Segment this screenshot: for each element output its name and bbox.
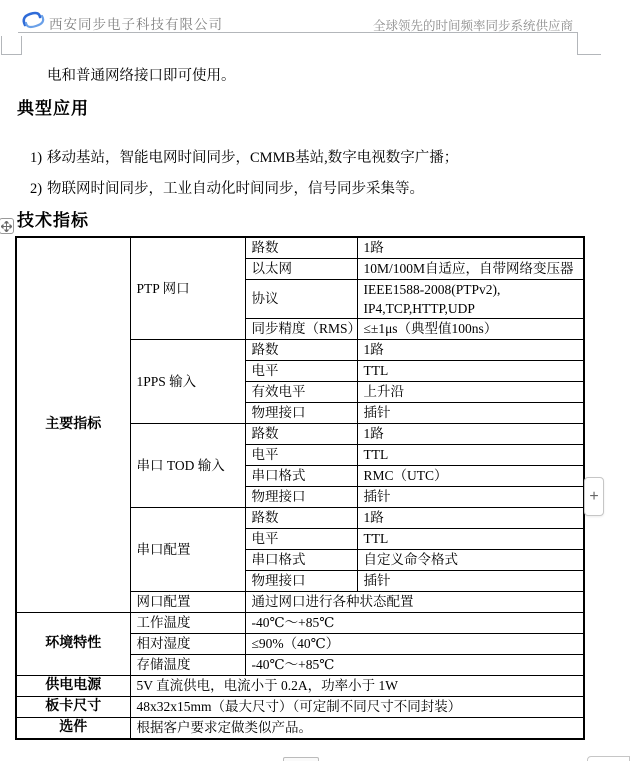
spec-name-cell: 物理接口: [245, 571, 357, 592]
list-item: 2)物联网时间同步，工业自动化时间同步，信号同步采集等。: [30, 177, 424, 198]
group-label: 串口 TOD 输入: [130, 424, 245, 508]
spec-name-cell: 电平: [245, 529, 357, 550]
spec-table: 主要指标PTP 网口路数1路以太网10M/100M自适应，自带网络变压器协议IE…: [15, 236, 585, 740]
spec-value-cell: 通过网口进行各种状态配置: [245, 592, 584, 613]
spec-name-cell: 串口格式: [245, 466, 357, 487]
group-label: 网口配置: [130, 592, 245, 613]
spec-value-cell: TTL: [357, 529, 584, 550]
page-frame-line: [577, 32, 578, 55]
list-text: 物联网时间同步，工业自动化时间同步，信号同步采集等。: [47, 181, 424, 197]
env-label: 环境特性: [16, 613, 130, 676]
spec-name-cell: 电平: [245, 361, 357, 382]
main-indicator-label: 主要指标: [16, 237, 130, 613]
spec-value-line: IEEE1588-2008(PTPv2),: [364, 280, 578, 299]
spec-name-cell: 工作温度: [130, 613, 245, 634]
row-label: 供电电源: [16, 676, 130, 697]
spec-value-cell: 1路: [357, 340, 584, 361]
bottom-right-button-cutoff[interactable]: [587, 756, 630, 761]
spec-value-cell: ≤±1μs（典型值100ns）: [357, 319, 584, 340]
spec-value-cell: 自定义命令格式: [357, 550, 584, 571]
list-number: 1): [30, 150, 47, 167]
list-text: 移动基站，智能电网时间同步，CMMB基站,数字电视数字广播；: [47, 150, 458, 166]
spec-value-cell: RMC（UTC）: [357, 466, 584, 487]
bottom-toolbar-cutoff[interactable]: [283, 757, 319, 761]
list-number: 2): [30, 181, 47, 198]
spec-value-cell: -40℃～+85℃: [245, 655, 584, 676]
spec-value-cell: 48x32x15mm（最大尺寸）（可定制不同尺寸不同封装）: [130, 697, 584, 718]
intro-paragraph: 电和普通网络接口即可使用。: [47, 64, 236, 85]
spec-value-cell: 5V 直流供电，电流小于 0.2A，功率小于 1W: [130, 676, 584, 697]
spec-value-cell: ≤90%（40℃）: [245, 634, 584, 655]
spec-value-cell: TTL: [357, 445, 584, 466]
row-label: 选件: [16, 718, 130, 740]
spec-value-cell: 10M/100M自适应，自带网络变压器: [357, 259, 584, 280]
spec-name-cell: 相对湿度: [130, 634, 245, 655]
group-label: PTP 网口: [130, 237, 245, 340]
table-row: 环境特性工作温度-40℃～+85℃: [16, 613, 584, 634]
spec-name-cell: 有效电平: [245, 382, 357, 403]
spec-value-cell: TTL: [357, 361, 584, 382]
spec-name-cell: 路数: [245, 237, 357, 259]
move-icon: [1, 221, 12, 232]
spec-value-cell: -40℃～+85℃: [245, 613, 584, 634]
expand-panel-button[interactable]: +: [584, 477, 604, 516]
spec-value-cell: IEEE1588-2008(PTPv2),IP4,TCP,HTTP,UDP: [357, 280, 584, 319]
group-label: 1PPS 输入: [130, 340, 245, 424]
table-row: 供电电源5V 直流供电，电流小于 0.2A，功率小于 1W: [16, 676, 584, 697]
table-row: 选件根据客户要求定做类似产品。: [16, 718, 584, 740]
document-page: 西安同步电子科技有限公司 全球领先的时间频率同步系统供应商 电和普通网络接口即可…: [0, 0, 630, 761]
table-row: 主要指标PTP 网口路数1路: [16, 237, 584, 259]
spec-value-cell: 插针: [357, 403, 584, 424]
spec-name-cell: 物理接口: [245, 403, 357, 424]
heading-typical-applications: 典型应用: [17, 94, 89, 119]
spec-name-cell: 路数: [245, 424, 357, 445]
spec-value-cell: 根据客户要求定做类似产品。: [130, 718, 584, 740]
row-label: 板卡尺寸: [16, 697, 130, 718]
page-frame-corner: [1, 36, 22, 55]
table-move-handle[interactable]: [0, 218, 14, 234]
table-row: 板卡尺寸48x32x15mm（最大尺寸）（可定制不同尺寸不同封装）: [16, 697, 584, 718]
group-label: 串口配置: [130, 508, 245, 592]
company-logo-icon: [21, 10, 46, 31]
spec-name-cell: 物理接口: [245, 487, 357, 508]
list-item: 1)移动基站，智能电网时间同步，CMMB基站,数字电视数字广播；: [30, 146, 458, 167]
plus-icon: +: [589, 489, 598, 505]
spec-name-cell: 路数: [245, 340, 357, 361]
spec-name-cell: 协议: [245, 280, 357, 319]
spec-name-cell: 电平: [245, 445, 357, 466]
spec-value-cell: 插针: [357, 571, 584, 592]
page-frame-line: [577, 54, 601, 55]
spec-value-cell: 1路: [357, 508, 584, 529]
spec-name-cell: 路数: [245, 508, 357, 529]
spec-value-cell: 1路: [357, 424, 584, 445]
spec-value-cell: 上升沿: [357, 382, 584, 403]
heading-technical-specs: 技术指标: [17, 206, 89, 231]
spec-name-cell: 以太网: [245, 259, 357, 280]
company-name: 西安同步电子科技有限公司: [49, 13, 223, 33]
spec-name-cell: 存储温度: [130, 655, 245, 676]
spec-value-cell: 插针: [357, 487, 584, 508]
header-divider: [18, 32, 577, 33]
spec-name-cell: 同步精度（RMS）: [245, 319, 357, 340]
spec-name-cell: 串口格式: [245, 550, 357, 571]
spec-table-wrap: 主要指标PTP 网口路数1路以太网10M/100M自适应，自带网络变压器协议IE…: [15, 236, 585, 740]
spec-value-cell: 1路: [357, 237, 584, 259]
spec-value-line: IP4,TCP,HTTP,UDP: [364, 299, 578, 318]
